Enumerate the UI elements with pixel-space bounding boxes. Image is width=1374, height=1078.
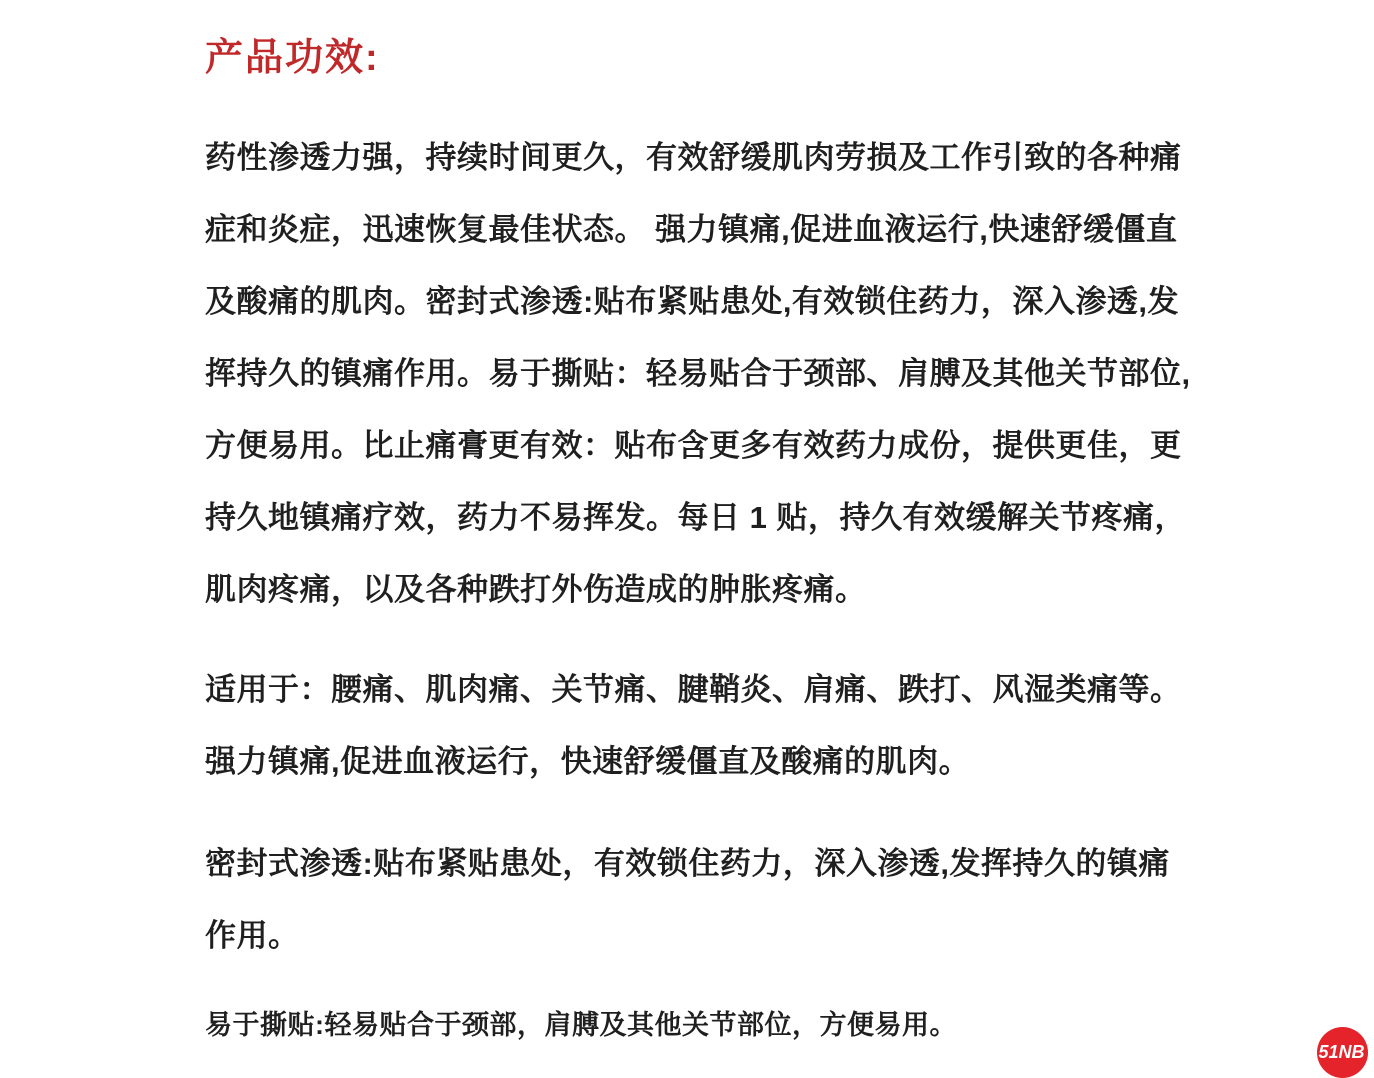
paragraph-easy-peel: 易于撕贴:轻易贴合于颈部，肩膊及其他关节部位，方便易用。 bbox=[205, 998, 1190, 1052]
page: 产品功效: 药性渗透力强，持续时间更久，有效舒缓肌肉劳损及工作引致的各种痛 症和… bbox=[0, 0, 1374, 1078]
text-line: 作用。 bbox=[205, 900, 1190, 972]
text-line: 适用于：腰痛、肌肉痛、关节痛、腱鞘炎、肩痛、跌打、风湿类痛等。 bbox=[205, 654, 1190, 726]
paragraph-efficacy: 药性渗透力强，持续时间更久，有效舒缓肌肉劳损及工作引致的各种痛 症和炎症，迅速恢… bbox=[205, 122, 1190, 626]
text-line: 持久地镇痛疗效，药力不易挥发。每日 1 贴，持久有效缓解关节疼痛， bbox=[205, 482, 1190, 554]
watermark-label: 51NB bbox=[1318, 1042, 1364, 1063]
text-line: 肌肉疼痛，以及各种跌打外伤造成的肿胀疼痛。 bbox=[205, 554, 1190, 626]
product-description: 产品功效: 药性渗透力强，持续时间更久，有效舒缓肌肉劳损及工作引致的各种痛 症和… bbox=[205, 30, 1190, 1052]
text-line: 强力镇痛,促进血液运行，快速舒缓僵直及酸痛的肌肉。 bbox=[205, 726, 1190, 798]
watermark-badge: 51NB bbox=[1317, 1027, 1368, 1078]
text-line: 症和炎症，迅速恢复最佳状态。 强力镇痛,促进血液运行,快速舒缓僵直 bbox=[205, 194, 1190, 266]
paragraph-sealed-penetration: 密封式渗透:贴布紧贴患处，有效锁住药力，深入渗透,发挥持久的镇痛 作用。 bbox=[205, 828, 1190, 972]
paragraph-indications: 适用于：腰痛、肌肉痛、关节痛、腱鞘炎、肩痛、跌打、风湿类痛等。 强力镇痛,促进血… bbox=[205, 654, 1190, 798]
text-line: 及酸痛的肌肉。密封式渗透:贴布紧贴患处,有效锁住药力，深入渗透,发 bbox=[205, 266, 1190, 338]
text-line: 药性渗透力强，持续时间更久，有效舒缓肌肉劳损及工作引致的各种痛 bbox=[205, 122, 1190, 194]
text-line: 方便易用。比止痛膏更有效：贴布含更多有效药力成份，提供更佳，更 bbox=[205, 410, 1190, 482]
text-line: 易于撕贴:轻易贴合于颈部，肩膊及其他关节部位，方便易用。 bbox=[205, 998, 1190, 1052]
text-line: 挥持久的镇痛作用。易于撕贴：轻易贴合于颈部、肩膊及其他关节部位, bbox=[205, 338, 1190, 410]
text-line: 密封式渗透:贴布紧贴患处，有效锁住药力，深入渗透,发挥持久的镇痛 bbox=[205, 828, 1190, 900]
page-title: 产品功效: bbox=[205, 30, 1190, 86]
